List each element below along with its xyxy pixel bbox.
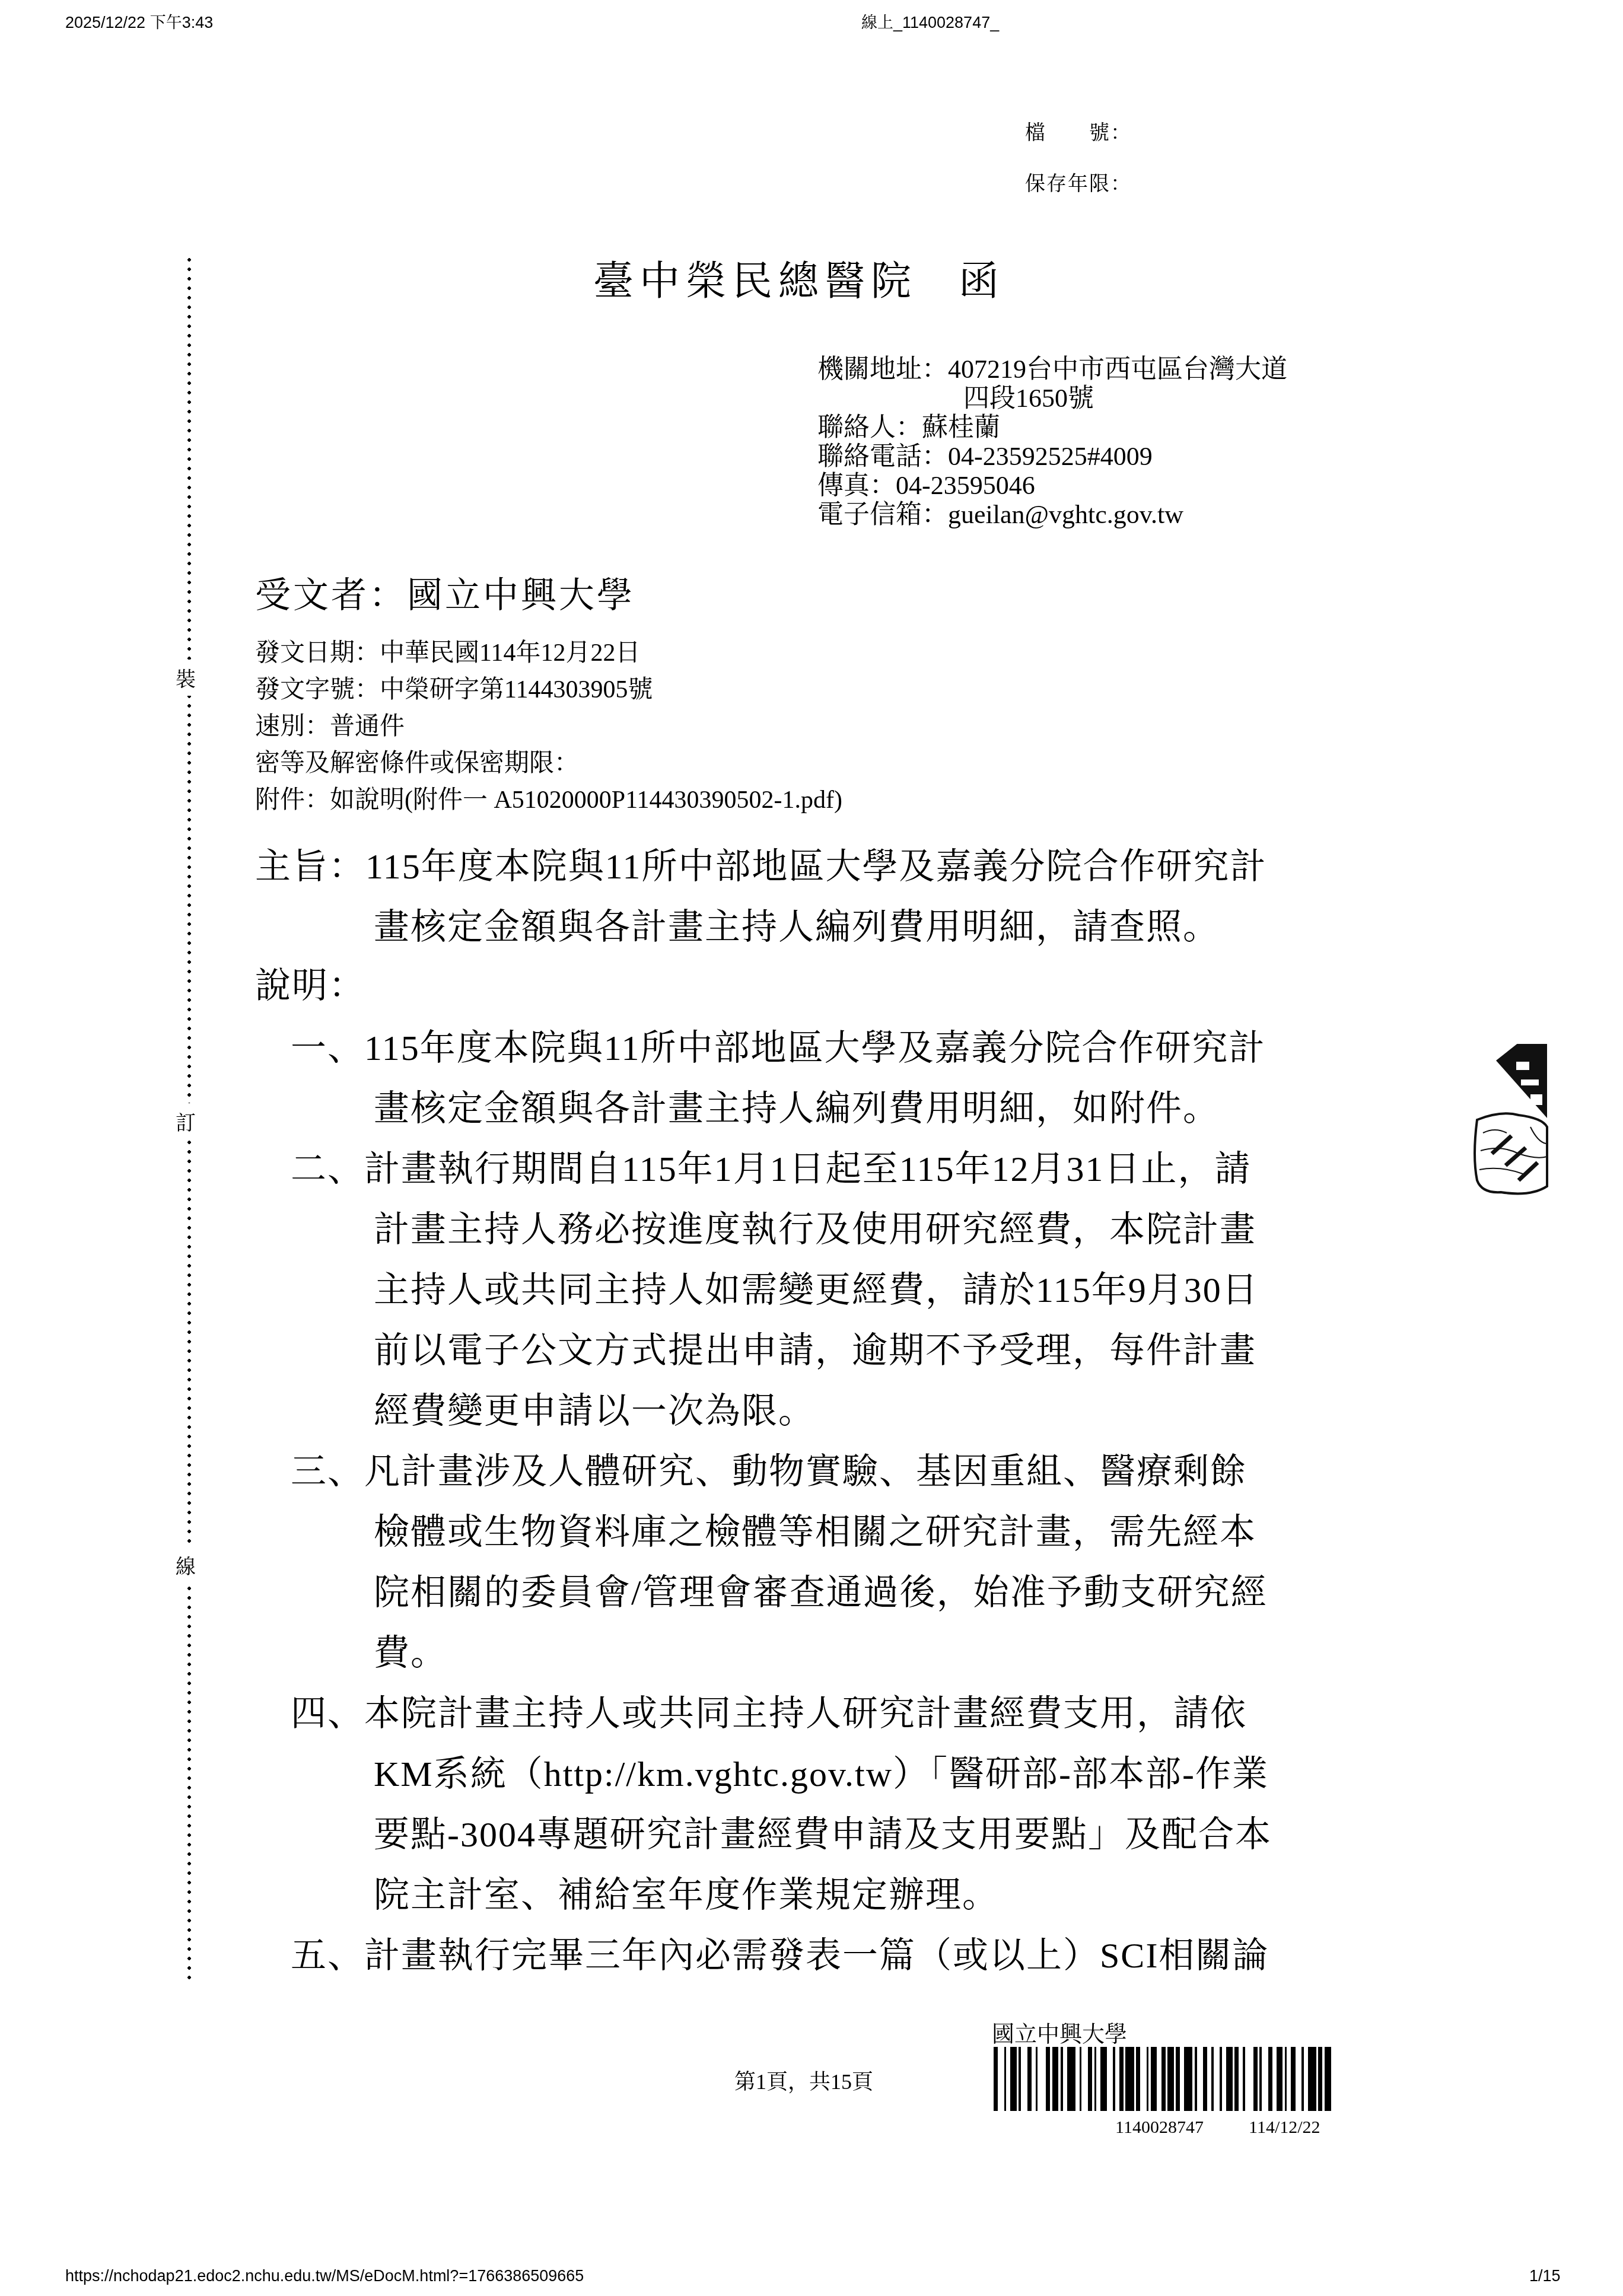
item-line: 檢體或生物資料庫之檢體等相關之研究計畫，需先經本 (291, 1502, 1272, 1562)
explanation-item-2: 二、計畫執行期間自115年1月1日起至115年12月31日止，請 計畫主持人務必… (291, 1139, 1272, 1441)
barcode-bar (1203, 2047, 1207, 2111)
file-number-label: 檔 號： (1025, 116, 1132, 145)
barcode-bar (1180, 2047, 1184, 2111)
barcode-bar (1151, 2047, 1157, 2111)
item-line: 院主計室、補給室年度作業規定辦理。 (291, 1865, 1272, 1925)
item-line: 凡計畫涉及人體研究、動物實驗、基因重組、醫療剩餘 (364, 1452, 1247, 1491)
explanation-item-4: 四、本院計畫主持人或共同主持人研究計畫經費支用，請依 KM系統（http://k… (291, 1683, 1272, 1925)
barcode-bar (1052, 2047, 1059, 2111)
recipient-name: 國立中興大學 (407, 576, 635, 615)
barcode-bar (1157, 2047, 1161, 2111)
retention-period-label: 保存年限： (1025, 167, 1132, 196)
contact-name: 蘇桂蘭 (922, 413, 1000, 442)
barcode-bar (1096, 2047, 1100, 2111)
item-line: 計畫執行期間自115年1月1日起至115年12月31日止，請 (364, 1149, 1252, 1189)
fax-value: 04-23595046 (896, 471, 1035, 500)
recipient-label: 受文者： (255, 576, 407, 615)
contact-label: 聯絡人： (817, 413, 922, 442)
item-number: 三、 (291, 1452, 364, 1491)
barcode-bar (1176, 2047, 1180, 2111)
barcode-bar (1308, 2047, 1316, 2111)
item-line: 要點-3004專題研究計畫經費申請及支用要點」及配合本 (291, 1804, 1272, 1865)
barcode-bar (1125, 2047, 1134, 2111)
fax-label: 傳真： (817, 471, 896, 500)
barcode-bar (1331, 2047, 1335, 2111)
document-number: 發文字號：中榮研字第1144303905號 (255, 671, 842, 708)
barcode-bar (1006, 2047, 1010, 2111)
barcode-bar (1197, 2047, 1204, 2111)
item-line: 前以電子公文方式提出申請，逾期不予受理，每件計畫 (291, 1320, 1272, 1381)
barcode-bar (1167, 2047, 1174, 2111)
address-value: 407219台中市西屯區台灣大道 (948, 355, 1287, 384)
barcode-organization: 國立中興大學 (992, 2015, 1127, 2048)
barcode-bar (1075, 2047, 1080, 2111)
print-datetime: 2025/12/22 下午3:43 (65, 9, 213, 33)
barcode-bar (1063, 2047, 1067, 2111)
item-line: 費。 (291, 1623, 1272, 1683)
urgency: 速別：普通件 (255, 708, 842, 745)
barcode-bar (1207, 2047, 1211, 2111)
item-line: 院相關的委員會/管理會審查通過後，始准予動支研究經 (291, 1562, 1272, 1623)
item-number: 四、 (291, 1694, 364, 1733)
barcode-bar (1325, 2047, 1331, 2111)
item-line: 主持人或共同主持人如需變更經費，請於115年9月30日 (291, 1260, 1272, 1320)
binding-char-staple: 訂 (176, 1103, 196, 1139)
print-url: https://nchodap21.edoc2.nchu.edu.tw/MS/e… (65, 2267, 584, 2285)
email-line: 電子信箱：gueilan@vghtc.gov.tw (817, 500, 1287, 529)
item-line: 計畫執行完畢三年內必需發表一篇（或以上）SCI相關論 (364, 1936, 1269, 1975)
barcode (994, 2047, 1335, 2111)
barcode-bar (1234, 2047, 1239, 2111)
item-number: 二、 (291, 1149, 364, 1189)
binding-char-line: 線 (176, 1547, 196, 1583)
phone-value: 04-23592525#4009 (948, 442, 1153, 471)
attachment: 附件：如說明(附件一 A51020000P114430390502-1.pdf) (255, 782, 842, 819)
barcode-bar (1214, 2047, 1220, 2111)
barcode-number: 1140028747 (1115, 2117, 1204, 2138)
barcode-date: 114/12/22 (1249, 2117, 1320, 2138)
sender-info: 機關地址：407219台中市西屯區台灣大道 四段1650號 聯絡人：蘇桂蘭 聯絡… (817, 355, 1287, 529)
item-line: 本院計畫主持人或共同主持人研究計畫經費支用，請依 (364, 1694, 1247, 1733)
barcode-bar (1239, 2047, 1243, 2111)
print-page-number: 1/15 (1529, 2267, 1561, 2285)
barcode-bar (1021, 2047, 1027, 2111)
barcode-bar (1291, 2047, 1295, 2111)
explanation-item-1: 一、115年度本院與11所中部地區大學及嘉義分院合作研究計 畫核定金額與各計畫主… (291, 1018, 1272, 1139)
print-document-title: 線上_1140028747_ (861, 9, 999, 33)
document-meta: 發文日期：中華民國114年12月22日 發文字號：中榮研字第1144303905… (255, 635, 842, 819)
address-line-2: 四段1650號 (817, 384, 1287, 413)
barcode-bar (1268, 2047, 1272, 2111)
barcode-bar (1067, 2047, 1075, 2111)
subject-line: 畫核定金額與各計畫主持人編列費用明細，請查照。 (255, 897, 1267, 957)
barcode-bar (1100, 2047, 1107, 2111)
recipient: 受文者：國立中興大學 (255, 567, 635, 618)
official-seal-icon (1459, 1044, 1548, 1198)
barcode-bar (1226, 2047, 1233, 2111)
barcode-bar (1032, 2047, 1036, 2111)
barcode-bar (1140, 2047, 1147, 2111)
item-line: 經費變更申請以一次為限。 (291, 1381, 1272, 1441)
document-title: 臺中榮民總醫院函 (593, 249, 1005, 307)
item-line-link: KM系統（http://km.vghtc.gov.tw）「醫研部-部本部-作業 (291, 1744, 1272, 1804)
page-indicator: 第1頁，共15頁 (734, 2065, 873, 2096)
phone-line: 聯絡電話：04-23592525#4009 (817, 442, 1287, 471)
email-label: 電子信箱： (817, 500, 948, 529)
phone-label: 聯絡電話： (817, 442, 948, 471)
item-line: 畫核定金額與各計畫主持人編列費用明細，如附件。 (291, 1078, 1272, 1139)
subject-line: 115年度本院與11所中部地區大學及嘉義分院合作研究計 (365, 847, 1267, 886)
barcode-bar (1081, 2047, 1088, 2111)
subject-label: 主旨： (255, 847, 365, 886)
barcode-bar (1277, 2047, 1283, 2111)
organization-name: 臺中榮民總醫院 (593, 259, 917, 304)
item-line: 計畫主持人務必按進度執行及使用研究經費，本院計畫 (291, 1199, 1272, 1260)
fax-line: 傳真：04-23595046 (817, 471, 1287, 500)
address-label: 機關地址： (817, 355, 948, 384)
explanation-label: 說明： (255, 957, 365, 1008)
explanation-items: 一、115年度本院與11所中部地區大學及嘉義分院合作研究計 畫核定金額與各計畫主… (291, 1018, 1272, 1986)
barcode-bar (1107, 2047, 1113, 2111)
item-number: 一、 (291, 1028, 364, 1068)
barcode-bar (1119, 2047, 1124, 2111)
item-line: 115年度本院與11所中部地區大學及嘉義分院合作研究計 (364, 1028, 1266, 1068)
barcode-bar (998, 2047, 1004, 2111)
address-line: 機關地址：407219台中市西屯區台灣大道 (817, 355, 1287, 384)
barcode-bar (1038, 2047, 1046, 2111)
barcode-bar (1304, 2047, 1308, 2111)
subject-section: 主旨：115年度本院與11所中部地區大學及嘉義分院合作研究計 畫核定金額與各計畫… (255, 836, 1267, 957)
barcode-bar (1296, 2047, 1302, 2111)
barcode-bar (1253, 2047, 1258, 2111)
barcode-bar (1010, 2047, 1017, 2111)
barcode-bar (994, 2047, 998, 2111)
explanation-item-3: 三、凡計畫涉及人體研究、動物實驗、基因重組、醫療剩餘 檢體或生物資料庫之檢體等相… (291, 1441, 1272, 1683)
barcode-bar (1161, 2047, 1166, 2111)
barcode-bar (1222, 2047, 1226, 2111)
barcode-bar (1318, 2047, 1322, 2111)
barcode-bar (1027, 2047, 1032, 2111)
barcode-bar (1287, 2047, 1291, 2111)
email-value: gueilan@vghtc.gov.tw (948, 500, 1183, 529)
item-number: 五、 (291, 1936, 364, 1975)
barcode-bar (1115, 2047, 1119, 2111)
barcode-bar (1272, 2047, 1277, 2111)
barcode-bar (1262, 2047, 1268, 2111)
barcode-bar (1245, 2047, 1253, 2111)
issue-date: 發文日期：中華民國114年12月22日 (255, 635, 842, 671)
binding-char-bind: 裝 (176, 660, 196, 696)
barcode-bar (1184, 2047, 1192, 2111)
barcode-bar (1136, 2047, 1140, 2111)
barcode-bar (1088, 2047, 1092, 2111)
explanation-item-5: 五、計畫執行完畢三年內必需發表一篇（或以上）SCI相關論 (291, 1925, 1272, 1986)
contact-line: 聯絡人：蘇桂蘭 (817, 413, 1287, 442)
document-type: 函 (959, 259, 1005, 304)
confidentiality: 密等及解密條件或保密期限： (255, 745, 842, 782)
barcode-bar (1046, 2047, 1050, 2111)
